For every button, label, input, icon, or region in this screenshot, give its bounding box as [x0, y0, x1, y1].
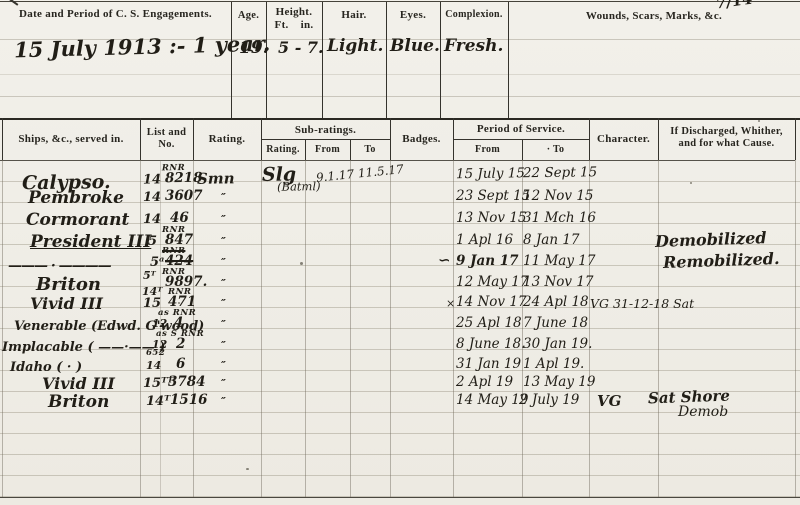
- header-sub-to: To: [350, 144, 390, 155]
- complexion-value: Fresh.: [444, 38, 503, 55]
- header-sub-ratings: Sub-ratings.: [261, 124, 390, 136]
- service-record-document: Date and Period of C. S. Engagements. Ag…: [0, 0, 800, 505]
- ship-name: Pembroke: [28, 190, 124, 207]
- ship-name: Briton: [48, 394, 109, 411]
- cross-mark: ×: [446, 298, 455, 309]
- height-value: 5 - 7.: [278, 40, 324, 56]
- header-age: Age.: [231, 10, 266, 22]
- service-from-date: 8 June 18.: [456, 338, 525, 352]
- rating-value: Smn: [197, 171, 235, 187]
- header-sub-from: From: [305, 144, 350, 155]
- table-row: Implacable ( ——·—— ) 12 as S RNR 2 ″ 8 J…: [0, 338, 800, 360]
- header-eyes: Eyes.: [386, 9, 440, 21]
- header-rating: Rating.: [193, 133, 261, 145]
- sub-rating-to: 11.5.17: [357, 163, 404, 180]
- service-to-date: 11 May 17: [523, 255, 595, 269]
- service-to-date: 12 Nov 15: [523, 190, 594, 204]
- service-to-date: 2 July 19: [519, 394, 579, 408]
- ruled-line: [0, 74, 800, 75]
- ink-speck: [758, 120, 760, 122]
- table-bottom-border: [0, 497, 800, 498]
- age-value: 19.: [239, 40, 269, 57]
- service-from-date: 14 May 19: [456, 394, 528, 408]
- header-character: Character.: [589, 133, 658, 145]
- service-to-date: 7 June 18: [523, 317, 588, 331]
- table-row: Briton 14ᵀ 1516 ″ 14 May 19 2 July 19 VG…: [0, 394, 800, 416]
- table-row: Vivid III 15 RNR 471 ″ × 14 Nov 17 24 Ap…: [0, 296, 800, 318]
- top-edge-line: [0, 1, 800, 2]
- ship-name: Cormorant: [26, 212, 129, 229]
- character-note: VG: [597, 394, 621, 409]
- service-from-date: 15 July 15: [456, 167, 525, 181]
- header-discharged-line1: If Discharged, Whither,: [658, 126, 795, 138]
- table-row: ——— · ———— 5ᵃ RNR 424 ″ ∽ 9 Jan 17 11 Ma…: [0, 255, 800, 277]
- character-note: VG 31-12-18 Sat: [590, 298, 694, 311]
- service-to-date: 13 Nov 17: [523, 276, 594, 290]
- subratings-underline: [261, 139, 390, 140]
- ruled-line: [0, 96, 800, 97]
- list-number: 12: [152, 318, 167, 329]
- service-from-date: 1 Apl 16: [456, 234, 513, 248]
- ship-name: Briton: [36, 276, 101, 294]
- header-bottom-border: [0, 160, 795, 161]
- rating-ditto: ″: [221, 278, 226, 289]
- rating-ditto: ″: [221, 257, 226, 268]
- ink-speck: [690, 182, 692, 184]
- discharge-note-2: Demob: [678, 405, 728, 419]
- rating-ditto: ″: [221, 192, 226, 203]
- rating-ditto: ″: [221, 396, 226, 407]
- column-rule: [795, 118, 796, 160]
- official-number: 46: [170, 212, 189, 226]
- flourish-mark: ∽: [438, 253, 451, 268]
- rating-ditto: ″: [221, 340, 226, 351]
- ship-name: Idaho ( · ): [10, 361, 82, 374]
- list-number: 14: [143, 173, 161, 186]
- header-period-from: From: [453, 144, 522, 155]
- sub-rating-from: 9.1.17: [315, 168, 354, 184]
- list-number: 14: [143, 213, 161, 226]
- service-to-date: 8 Jan 17: [523, 234, 580, 248]
- service-from-date: 23 Sept 15: [456, 190, 530, 204]
- official-number: 3607: [165, 190, 203, 204]
- list-number: 5: [148, 235, 157, 248]
- header-period-to: · To: [522, 144, 589, 155]
- header-list-no: No.: [140, 139, 193, 151]
- service-from-date: 13 Nov 15: [456, 212, 527, 226]
- header-hair: Hair.: [322, 9, 386, 21]
- official-number: 1516: [170, 394, 208, 408]
- service-to-date: 22 Sept 15: [523, 166, 597, 181]
- ship-name: President III: [30, 234, 151, 251]
- header-period-of-service: Period of Service.: [453, 123, 589, 135]
- rating-ditto: ″: [221, 360, 226, 371]
- ink-speck: [300, 262, 303, 265]
- list-number: 14ᵀ: [146, 395, 170, 408]
- header-wounds: Wounds, Scars, Marks, &c.: [508, 10, 800, 22]
- rating-ditto: ″: [221, 378, 226, 389]
- service-from-date: 9 Jan 17: [456, 255, 519, 269]
- ship-name: Vivid III: [30, 296, 103, 312]
- service-from-date: 2 Apl 19: [456, 376, 513, 390]
- official-number: 3784: [168, 376, 206, 390]
- rating-ditto: ″: [221, 236, 226, 247]
- service-to-date: 24 Apl 18: [523, 296, 589, 310]
- eyes-value: Blue.: [390, 38, 440, 55]
- table-row: Venerable (Edwd. G'wood) 12 as RNR 4 ″ 2…: [0, 317, 800, 339]
- rating-ditto: ″: [221, 298, 226, 309]
- service-to-date: 13 May 19: [523, 376, 595, 390]
- service-from-date: 25 Apl 18: [456, 317, 522, 331]
- list-number: 5ᵀ: [143, 270, 156, 281]
- ink-speck: [178, 302, 180, 304]
- service-from-date: 12 May 17: [456, 276, 528, 290]
- header-height: Height.: [266, 6, 322, 18]
- header-list-and: List and: [140, 127, 193, 139]
- table-row: Briton 5ᵀ 14ᵀ RNR 9897. ″ 12 May 17 13 N…: [0, 276, 800, 298]
- service-to-date: 30 Jan 19.: [523, 338, 592, 352]
- list-number: 14: [146, 360, 161, 371]
- discharge-note: Demobilized: [655, 230, 767, 250]
- list-number: 14: [143, 191, 161, 204]
- ship-name: Vivid III: [42, 376, 115, 392]
- header-sub-rating: Rating.: [261, 144, 305, 155]
- service-to-date: 1 Apl 19.: [523, 358, 584, 372]
- ship-name: Implacable ( ——·—— ): [2, 341, 165, 354]
- ink-speck: [246, 468, 249, 470]
- official-number: 2: [176, 338, 185, 352]
- official-number: 6: [176, 358, 185, 372]
- list-prefix: 652: [146, 349, 165, 358]
- service-to-date: 31 Mch 16: [523, 212, 596, 226]
- table-row: Pembroke 14 3607 ″ 23 Sept 15 12 Nov 15: [0, 190, 800, 212]
- header-complexion: Complexion.: [440, 9, 508, 20]
- header-badges: Badges.: [390, 133, 453, 145]
- service-from-date: 14 Nov 17: [456, 296, 527, 310]
- service-from-date: 31 Jan 19: [456, 358, 521, 372]
- engagement-date-value: 15 July 1913 :- 1 year.: [14, 33, 271, 61]
- header-discharged-line2: and for what Cause.: [658, 138, 795, 150]
- discharge-note: Remobilized.: [663, 251, 780, 271]
- hair-value: Light.: [327, 38, 383, 55]
- ditto-dash: ——— · ————: [8, 259, 111, 273]
- period-underline: [453, 139, 589, 140]
- header-height-units: Ft. in.: [266, 19, 322, 31]
- table-top-border: [0, 118, 800, 120]
- header-ships: Ships, &c., served in.: [2, 133, 140, 145]
- rating-ditto: ″: [221, 319, 226, 330]
- header-date-period: Date and Period of C. S. Engagements.: [0, 8, 231, 20]
- rating-ditto: ″: [221, 214, 226, 225]
